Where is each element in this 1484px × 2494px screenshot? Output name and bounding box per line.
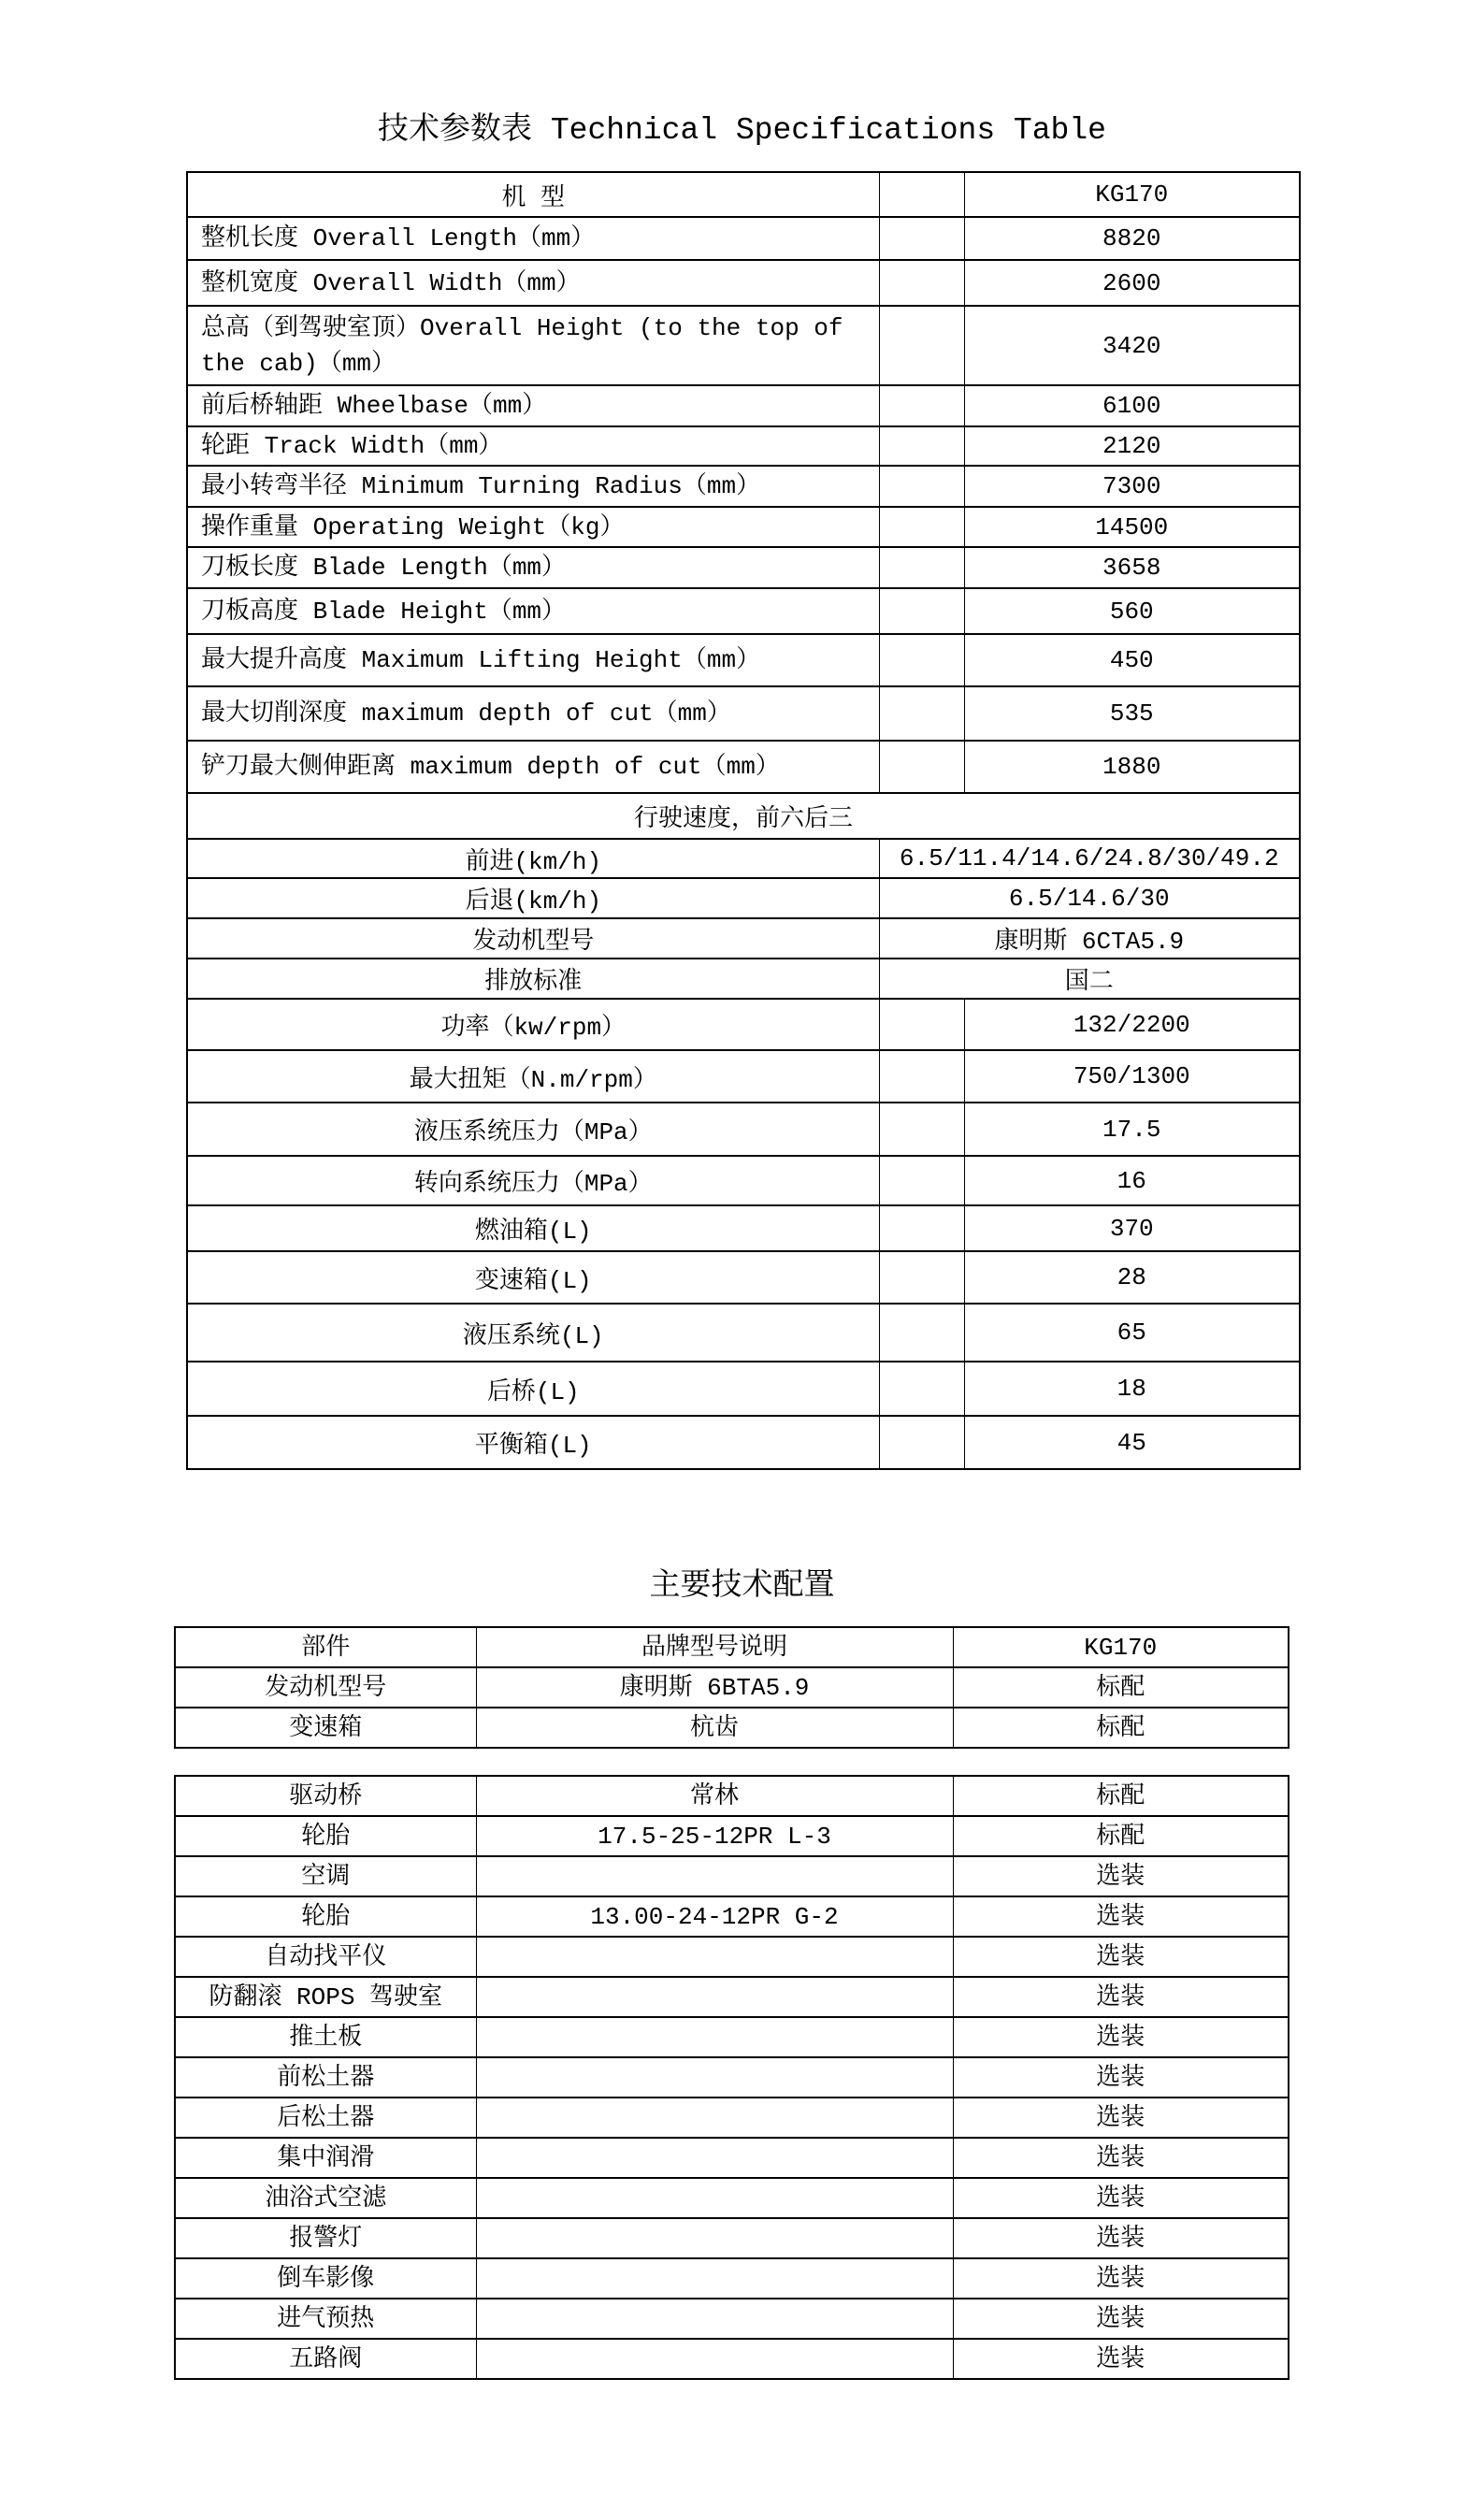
spec-value: 18 [964,1362,1300,1416]
config-row: 集中润滑选装 [175,2138,1289,2178]
config-row: 油浴式空滤选装 [175,2178,1289,2218]
spec-label: 排放标准 [187,959,879,999]
spec-row: 轮距 Track Width（mm）2120 [187,426,1300,466]
spec-value: 2120 [964,426,1300,466]
spec-header-row: 机 型KG170 [187,172,1300,217]
component-name: 发动机型号 [175,1667,476,1708]
empty-cell [879,741,964,793]
spec-value: 132/2200 [964,999,1300,1050]
config-row: 报警灯选装 [175,2218,1289,2258]
model-header: KG170 [953,1627,1289,1667]
component-name: 后松土器 [175,2098,476,2138]
config-status: 选装 [953,2017,1289,2057]
component-name: 集中润滑 [175,2138,476,2178]
brand-model: 17.5-25-12PR L-3 [476,1816,953,1856]
config-status: 标配 [953,1776,1289,1816]
component-name: 轮胎 [175,1816,476,1856]
spec-value: 6.5/14.6/30 [879,878,1300,918]
spec-row: 液压系统压力（MPa）17.5 [187,1103,1300,1156]
empty-cell [879,466,964,507]
spec-label: 变速箱(L) [187,1251,879,1304]
component-name: 防翻滚 ROPS 驾驶室 [175,1977,476,2017]
spec-row: 最小转弯半径 Minimum Turning Radius（mm）7300 [187,466,1300,507]
spec-row: 操作重量 Operating Weight（kg）14500 [187,507,1300,547]
spec-value: 45 [964,1416,1300,1469]
spec-value: 17.5 [964,1103,1300,1156]
spec-value: 7300 [964,466,1300,507]
spec-value: 535 [964,686,1300,741]
config-row: 防翻滚 ROPS 驾驶室选装 [175,1977,1289,2017]
empty-cell [879,306,964,385]
brand-model [476,1856,953,1896]
brand-model [476,1977,953,2017]
section-row: 行驶速度，前六后三 [187,793,1300,839]
spec-row: 整机长度 Overall Length（mm）8820 [187,217,1300,260]
component-name: 五路阀 [175,2339,476,2379]
brand-model [476,2299,953,2339]
config-status: 选装 [953,1856,1289,1896]
spec-label: 发动机型号 [187,918,879,959]
spec-value: 16 [964,1156,1300,1205]
brand-model [476,2138,953,2178]
brand-model [476,2057,953,2098]
config-row: 发动机型号康明斯 6BTA5.9标配 [175,1667,1289,1708]
spec-label: 最大提升高度 Maximum Lifting Height（mm） [187,634,879,686]
spec-label: 刀板高度 Blade Height（mm） [187,588,879,634]
spec-label: 前后桥轴距 Wheelbase（mm） [187,385,879,426]
config-status: 选装 [953,2057,1289,2098]
brand-model [476,2178,953,2218]
empty-cell [879,588,964,634]
component-name: 轮胎 [175,1896,476,1937]
config-row: 轮胎17.5-25-12PR L-3标配 [175,1816,1289,1856]
spec-label: 整机宽度 Overall Width（mm） [187,260,879,306]
spec-row: 整机宽度 Overall Width（mm）2600 [187,260,1300,306]
empty-cell [879,385,964,426]
spec-value: 750/1300 [964,1050,1300,1103]
spec-label: 铲刀最大侧伸距离 maximum depth of cut（mm） [187,741,879,793]
brand-model: 13.00-24-12PR G-2 [476,1896,953,1937]
config-row: 后松土器选装 [175,2098,1289,2138]
empty-cell [879,172,964,217]
model-label: 机 型 [187,172,879,217]
config-header-row: 部件品牌型号说明KG170 [175,1627,1289,1667]
spec-row: 平衡箱(L)45 [187,1416,1300,1469]
spec-label: 液压系统(L) [187,1304,879,1362]
spec-label: 刀板长度 Blade Length（mm） [187,547,879,588]
component-header: 部件 [175,1627,476,1667]
brand-model: 杭齿 [476,1708,953,1748]
empty-cell [879,999,964,1050]
spec-label: 最大切削深度 maximum depth of cut（mm） [187,686,879,741]
spec-value: 3420 [964,306,1300,385]
spec-label: 转向系统压力（MPa） [187,1156,879,1205]
config-row: 倒车影像选装 [175,2258,1289,2299]
empty-cell [879,1416,964,1469]
config-status: 标配 [953,1667,1289,1708]
spec-row: 铲刀最大侧伸距离 maximum depth of cut（mm）1880 [187,741,1300,793]
config-status: 选装 [953,2258,1289,2299]
spec-label: 最小转弯半径 Minimum Turning Radius（mm） [187,466,879,507]
spec-value: 28 [964,1251,1300,1304]
empty-cell [879,686,964,741]
spec-value: 1880 [964,741,1300,793]
spec-value: 14500 [964,507,1300,547]
spec-label: 后退(km/h) [187,878,879,918]
component-name: 倒车影像 [175,2258,476,2299]
empty-cell [879,426,964,466]
component-name: 自动找平仪 [175,1937,476,1977]
empty-cell [879,1251,964,1304]
empty-cell [879,1156,964,1205]
config-row: 进气预热选装 [175,2299,1289,2339]
spec-value: 370 [964,1205,1300,1251]
config-status: 选装 [953,2218,1289,2258]
spec-row: 功率（kw/rpm）132/2200 [187,999,1300,1050]
empty-cell [879,547,964,588]
config-status: 选装 [953,2299,1289,2339]
spec-row: 变速箱(L)28 [187,1251,1300,1304]
config-row: 驱动桥常林标配 [175,1776,1289,1816]
config-status: 标配 [953,1816,1289,1856]
spec-label: 操作重量 Operating Weight（kg） [187,507,879,547]
spec-row: 刀板高度 Blade Height（mm）560 [187,588,1300,634]
spec-label: 整机长度 Overall Length（mm） [187,217,879,260]
spec-row: 前进(km/h)6.5/11.4/14.6/24.8/30/49.2 [187,839,1300,878]
spec-label: 功率（kw/rpm） [187,999,879,1050]
brand-model [476,2218,953,2258]
config-table-title: 主要技术配置 [0,1568,1484,1606]
spec-label: 平衡箱(L) [187,1416,879,1469]
config-row: 变速箱杭齿标配 [175,1708,1289,1748]
spec-row: 前后桥轴距 Wheelbase（mm）6100 [187,385,1300,426]
spec-row: 最大切削深度 maximum depth of cut（mm）535 [187,686,1300,741]
spec-value: 2600 [964,260,1300,306]
spec-value: 3658 [964,547,1300,588]
config-status: 标配 [953,1708,1289,1748]
travel-speed-section: 行驶速度，前六后三 [187,793,1300,839]
empty-cell [879,634,964,686]
spec-label: 前进(km/h) [187,839,879,878]
config-row: 推土板选装 [175,2017,1289,2057]
component-name: 前松土器 [175,2057,476,2098]
spec-row: 转向系统压力（MPa）16 [187,1156,1300,1205]
config-status: 选装 [953,2138,1289,2178]
spec-value: 国二 [879,959,1300,999]
component-name: 推土板 [175,2017,476,2057]
config-status: 选装 [953,1977,1289,2017]
spec-table-title: 技术参数表 Technical Specifications Table [0,112,1484,150]
empty-cell [879,1304,964,1362]
config-status: 选装 [953,1937,1289,1977]
config-status: 选装 [953,1896,1289,1937]
empty-cell [879,1205,964,1251]
component-name: 报警灯 [175,2218,476,2258]
spec-row: 后桥(L)18 [187,1362,1300,1416]
empty-cell [879,1050,964,1103]
brand-model [476,1937,953,1977]
empty-cell [879,507,964,547]
spec-label: 总高（到驾驶室顶）Overall Height (to the top of t… [187,306,879,385]
config-status: 选装 [953,2339,1289,2379]
component-name: 空调 [175,1856,476,1896]
spec-row: 总高（到驾驶室顶）Overall Height (to the top of t… [187,306,1300,385]
component-name: 驱动桥 [175,1776,476,1816]
component-name: 油浴式空滤 [175,2178,476,2218]
main-config-table-header: 部件品牌型号说明KG170发动机型号康明斯 6BTA5.9标配变速箱杭齿标配 [174,1626,1289,1749]
spec-row: 燃油箱(L)370 [187,1205,1300,1251]
spec-value: 6100 [964,385,1300,426]
config-row: 前松土器选装 [175,2057,1289,2098]
spec-row: 发动机型号康明斯 6CTA5.9 [187,918,1300,959]
spec-value: 康明斯 6CTA5.9 [879,918,1300,959]
spec-row: 刀板长度 Blade Length（mm）3658 [187,547,1300,588]
component-name: 变速箱 [175,1708,476,1748]
spec-label: 轮距 Track Width（mm） [187,426,879,466]
spec-row: 最大提升高度 Maximum Lifting Height（mm）450 [187,634,1300,686]
spec-label: 后桥(L) [187,1362,879,1416]
technical-specifications-table: 机 型KG170整机长度 Overall Length（mm）8820整机宽度 … [186,171,1301,1470]
empty-cell [879,1103,964,1156]
component-name: 进气预热 [175,2299,476,2339]
brand-model [476,2339,953,2379]
spec-row: 后退(km/h)6.5/14.6/30 [187,878,1300,918]
config-row: 五路阀选装 [175,2339,1289,2379]
spec-value: 450 [964,634,1300,686]
brand-model-header: 品牌型号说明 [476,1627,953,1667]
brand-model [476,2017,953,2057]
spec-value: 560 [964,588,1300,634]
spec-label: 最大扭矩（N.m/rpm） [187,1050,879,1103]
spec-value: 65 [964,1304,1300,1362]
config-row: 空调选装 [175,1856,1289,1896]
brand-model: 康明斯 6BTA5.9 [476,1667,953,1708]
config-status: 选装 [953,2178,1289,2218]
empty-cell [879,260,964,306]
spec-value: 6.5/11.4/14.6/24.8/30/49.2 [879,839,1300,878]
config-row: 轮胎13.00-24-12PR G-2选装 [175,1896,1289,1937]
model-value: KG170 [964,172,1300,217]
spec-label: 液压系统压力（MPa） [187,1103,879,1156]
config-status: 选装 [953,2098,1289,2138]
brand-model: 常林 [476,1776,953,1816]
brand-model [476,2098,953,2138]
brand-model [476,2258,953,2299]
spec-label: 燃油箱(L) [187,1205,879,1251]
spec-row: 最大扭矩（N.m/rpm）750/1300 [187,1050,1300,1103]
spec-row: 液压系统(L)65 [187,1304,1300,1362]
spec-value: 8820 [964,217,1300,260]
empty-cell [879,217,964,260]
spec-row: 排放标准国二 [187,959,1300,999]
main-config-table-options: 驱动桥常林标配轮胎17.5-25-12PR L-3标配空调选装轮胎13.00-2… [174,1775,1289,2380]
empty-cell [879,1362,964,1416]
config-row: 自动找平仪选装 [175,1937,1289,1977]
